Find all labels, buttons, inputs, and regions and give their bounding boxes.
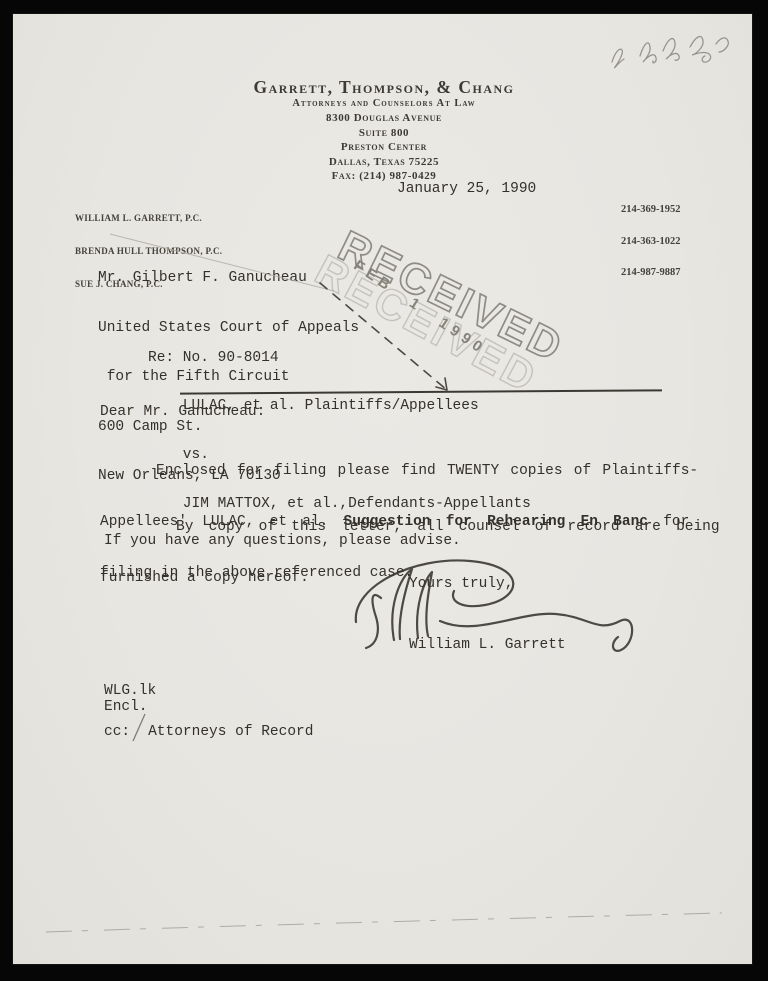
- attorney-name: WILLIAM L. GARRETT, P.C.: [75, 213, 222, 224]
- signer-name: William L. Garrett: [409, 637, 566, 654]
- phone-list: 214-369-1952 214-363-1022 214-987-9887: [621, 184, 681, 300]
- letterhead: Garrett, Thompson, & Chang Attorneys and…: [0, 77, 768, 183]
- firm-tagline: Attorneys and Counselors At Law: [0, 97, 768, 111]
- valediction: Yours truly,: [409, 576, 513, 593]
- enclosure-notation: Encl.: [104, 699, 148, 716]
- firm-name: Garrett, Thompson, & Chang: [0, 77, 768, 97]
- body-paragraph-3: If you have any questions, please advise…: [104, 533, 461, 550]
- letterhead-suite: Suite 800: [0, 126, 768, 140]
- letterhead-fax: Fax: (214) 987-0429: [0, 169, 768, 183]
- re-line: Re: No. 90-8014: [148, 350, 531, 366]
- body-paragraph-2: By copy of this letter, all counsel of r…: [100, 485, 720, 621]
- phone-number: 214-369-1952: [621, 205, 681, 216]
- cc-line: cc:Attorneys of Record: [104, 724, 313, 741]
- phone-number: 214-987-9887: [621, 268, 681, 279]
- letterhead-city: Dallas, Texas 75225: [0, 155, 768, 169]
- cc-label: cc:: [104, 724, 130, 740]
- salutation: Dear Mr. Ganucheau:: [100, 404, 265, 421]
- body-line: Enclosed for filing please find TWENTY c…: [100, 463, 698, 480]
- letter-date: January 25, 1990: [397, 181, 536, 198]
- cc-value: Attorneys of Record: [148, 724, 313, 741]
- recipient-line: Mr. Gilbert F. Ganucheau: [98, 270, 359, 287]
- scanned-letter-page: RECEIVED RECEIVED FEB 1 1990 Garrett, Th…: [0, 0, 768, 981]
- phone-number: 214-363-1022: [621, 237, 681, 248]
- letterhead-street: 8300 Douglas Avenue: [0, 111, 768, 125]
- typist-initials: WLG.lk: [104, 683, 156, 700]
- letterhead-building: Preston Center: [0, 140, 768, 154]
